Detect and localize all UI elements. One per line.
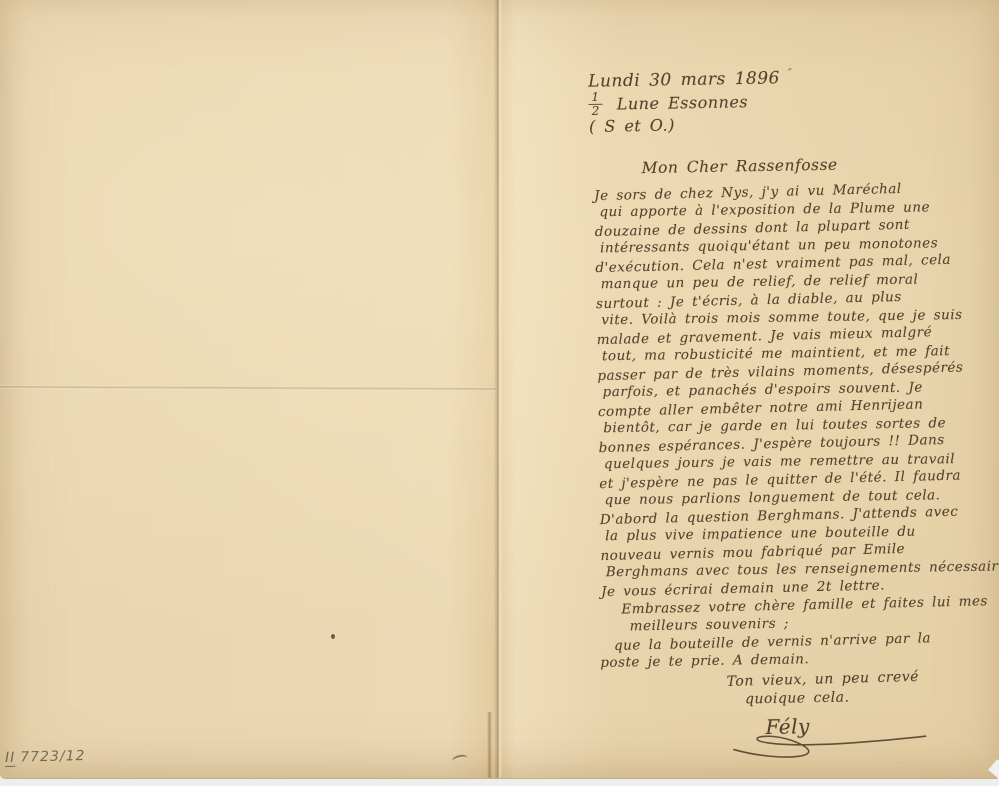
inventory-value: 7723/12 (20, 748, 86, 766)
fraction-denominator: 2 (592, 104, 600, 116)
valediction: Ton vieux, un peu crevé quoique cela. (599, 666, 999, 711)
vertical-fold-shadow-bottom (487, 712, 492, 778)
stray-pen-mark (451, 753, 469, 765)
place-text: Lune Essonnes (617, 92, 749, 113)
signature-flourish (720, 724, 999, 767)
letter-body: Je sors de chez Nys, j'y ai vu Maréchal … (590, 179, 999, 600)
handwritten-letter: Lundi 30 mars 1896″ 1 2 Lune Essonnes ( … (588, 63, 999, 770)
horizontal-fold-crease (0, 385, 497, 391)
ink-spot (331, 634, 335, 639)
half-fraction: 1 2 (588, 91, 603, 116)
inventory-number: II7723/12 (5, 748, 86, 766)
date-text: Lundi 30 mars 1896 (588, 68, 780, 91)
inventory-prefix: II (5, 750, 16, 767)
letter-closing: Embrassez votre chère famille et faites … (597, 592, 999, 671)
salutation: Mon Cher Rassenfosse (642, 153, 998, 177)
stray-quote-mark: ″ (788, 66, 793, 79)
fraction-numerator: 1 (588, 91, 602, 104)
